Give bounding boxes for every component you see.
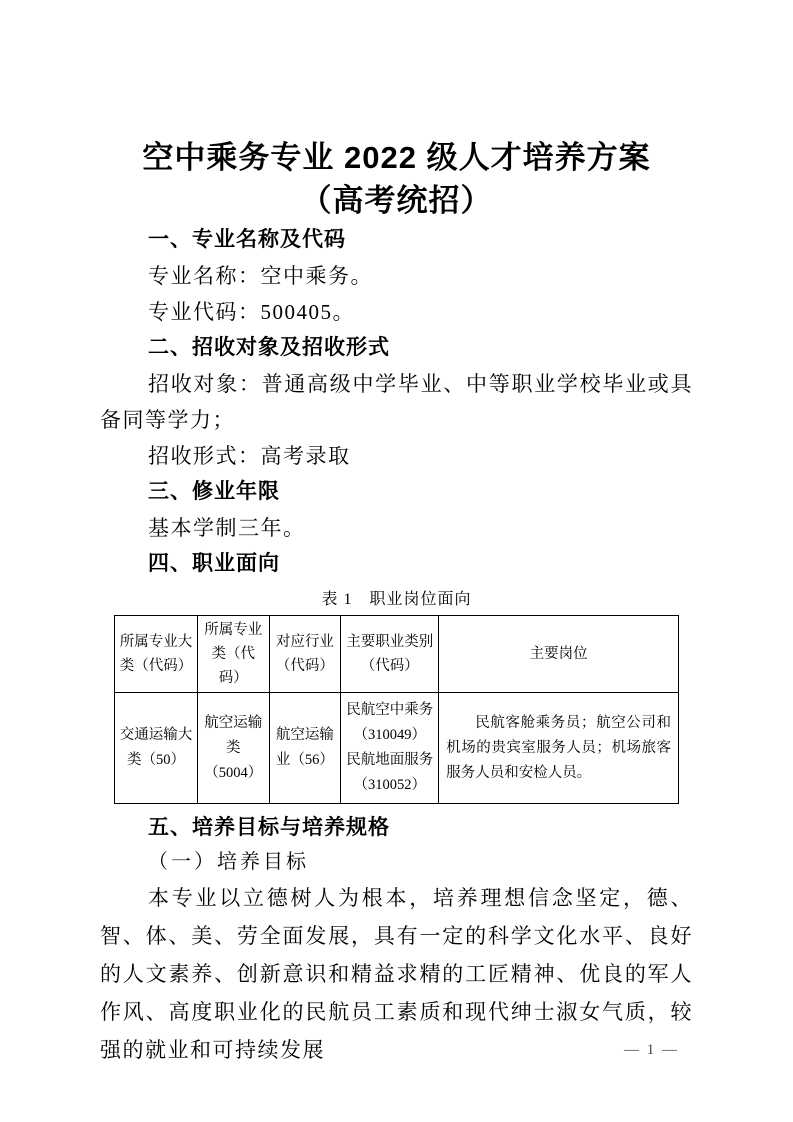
study-length-line: 基本学制三年。 (100, 510, 693, 546)
job-orientation-table: 所属专业大类（代码） 所属专业类（代码） 对应行业（代码） 主要职业类别（代码）… (114, 615, 679, 804)
header-occupation-type: 主要职业类别（代码） (341, 616, 439, 693)
table-1-caption: 表 1 职业岗位面向 (100, 585, 693, 614)
major-name-line: 专业名称：空中乘务。 (100, 258, 693, 294)
major-code-line: 专业代码：500405。 (100, 294, 693, 330)
recruit-target-paragraph: 招收对象：普通高级中学毕业、中等职业学校毕业或具备同等学力； (100, 366, 693, 438)
section-3-heading: 三、修业年限 (100, 474, 693, 510)
page-number: — 1 — (624, 1042, 679, 1059)
table-header-row: 所属专业大类（代码） 所属专业类（代码） 对应行业（代码） 主要职业类别（代码）… (115, 616, 679, 693)
document-title: 空中乘务专业 2022 级人才培养方案 (100, 136, 693, 179)
cell-main-posts: 民航客舱乘务员；航空公司和机场的贵宾室服务人员；机场旅客服务人员和安检人员。 (439, 693, 679, 804)
section-5-heading: 五、培养目标与培养规格 (100, 810, 693, 846)
cell-major-class: 航空运输类（5004） (197, 693, 269, 804)
section-2-heading: 二、招收对象及招收形式 (100, 330, 693, 366)
recruit-form-line: 招收形式：高考录取 (100, 438, 693, 474)
table-row: 交通运输大类（50） 航空运输类（5004） 航空运输业（56） 民航空中乘务 … (115, 693, 679, 804)
document-page: 空中乘务专业 2022 级人才培养方案 （高考统招） 一、专业名称及代码 专业名… (0, 0, 793, 1122)
header-major-category: 所属专业大类（代码） (115, 616, 198, 693)
header-industry: 对应行业（代码） (269, 616, 341, 693)
header-main-posts: 主要岗位 (439, 616, 679, 693)
section-4-heading: 四、职业面向 (100, 546, 693, 582)
cell-industry: 航空运输业（56） (269, 693, 341, 804)
subsection-5-1-heading: （一）培养目标 (100, 846, 693, 879)
section-1-heading: 一、专业名称及代码 (100, 222, 693, 258)
header-major-class: 所属专业类（代码） (197, 616, 269, 693)
cell-occupation-type: 民航空中乘务 （310049） 民航地面服务 （310052） (341, 693, 439, 804)
cell-major-category: 交通运输大类（50） (115, 693, 198, 804)
training-goal-paragraph: 本专业以立德树人为根本，培养理想信念坚定，德、智、体、美、劳全面发展，具有一定的… (100, 879, 693, 1069)
document-subtitle: （高考统招） (100, 179, 693, 222)
